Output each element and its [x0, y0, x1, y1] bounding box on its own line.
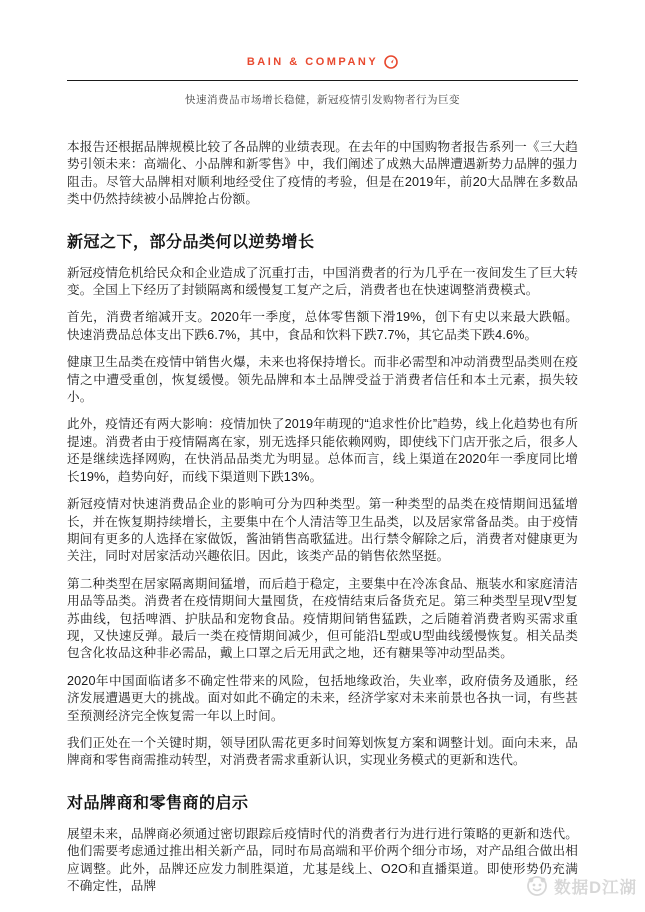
header-divider [67, 80, 578, 81]
bain-logo-text: BAIN & COMPANY [247, 56, 378, 68]
page-header: BAIN & COMPANY 快速消费品市场增长稳健，新冠疫情引发购物者行为巨变 [0, 0, 645, 107]
report-page: BAIN & COMPANY 快速消费品市场增长稳健，新冠疫情引发购物者行为巨变… [0, 0, 645, 912]
panda-mascot-icon [525, 874, 549, 898]
paragraph: 第二种类型在居家隔离期间猛增，而后趋于稳定，主要集中在冷冻食品、瓶装水和家庭清洁… [67, 576, 578, 663]
paragraph: 我们正处在一个关键时期，领导团队需花更多时间筹划恢复方案和调整计划。面向未来，品… [67, 735, 578, 770]
watermark-text: 数据D江湖 [554, 874, 637, 898]
article-body: 本报告还根据品牌规模比较了各品牌的业绩表现。在去年的中国购物者报告系列一《三大趋… [67, 139, 578, 895]
watermark: 数据D江湖 [525, 874, 637, 898]
paragraph: 2020年中国面临诸多不确定性带来的风险，包括地缘政治，失业率，政府债务及通胀，… [67, 673, 578, 725]
paragraph: 新冠疫情危机给民众和企业造成了沉重打击，中国消费者的行为几乎在一夜间发生了巨大转… [67, 265, 578, 300]
paragraph: 展望未来，品牌商必须通过密切跟踪后疫情时代的消费者行为进行进行策略的更新和迭代。… [67, 826, 578, 896]
paragraph: 健康卫生品类在疫情中销售火爆，未来也将保持增长。而非必需型和冲动消费型品类则在疫… [67, 354, 578, 406]
section-heading-implications: 对品牌商和零售商的启示 [67, 790, 578, 813]
paragraph: 新冠疫情对快速消费品企业的影响可分为四种类型。第一种类型的品类在疫情期间迅猛增长… [67, 496, 578, 566]
report-subtitle: 快速消费品市场增长稳健，新冠疫情引发购物者行为巨变 [0, 92, 645, 107]
bain-compass-circle-icon [384, 55, 398, 69]
paragraph: 首先，消费者缩减开支。2020年一季度，总体零售额下滑19%，创下有史以来最大跌… [67, 309, 578, 344]
paragraph: 此外，疫情还有两大影响：疫情加快了2019年萌现的“追求性价比”趋势，线上化趋势… [67, 416, 578, 486]
paragraph-intro: 本报告还根据品牌规模比较了各品牌的业绩表现。在去年的中国购物者报告系列一《三大趋… [67, 139, 578, 209]
section-heading-covid-growth: 新冠之下，部分品类何以逆势增长 [67, 229, 578, 252]
bain-logo: BAIN & COMPANY [247, 55, 398, 69]
